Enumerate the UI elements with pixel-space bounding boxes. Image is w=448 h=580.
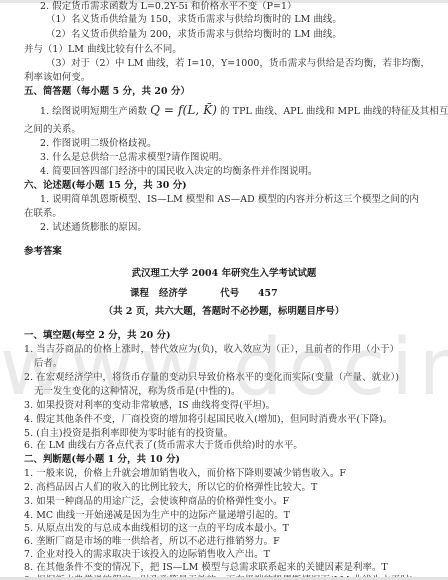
fill-blank-item: 1. 当吉芬商品的价格上涨时，替代效应为(负)，收入效应为（正），且前者的作用（… — [24, 344, 399, 356]
section-5-heading: 五、简答题（每小题 5 分，共 20 分） — [24, 86, 190, 98]
true-false-item: 8. 在其他条件不变的情况下，把 IS—LM 模型与总需求联系起来的关键因素是利… — [24, 562, 388, 574]
section-5-q1-pre: 1. 绘图说明短期生产函数 — [40, 106, 147, 117]
fill-blank-item: 6. 在 LM 曲线右方各点代表了(货币需求大于货币供给)时的水平。 — [24, 440, 303, 452]
true-false-item: 4. MC 曲线一开始递减是因为生产中的边际产量递增引起的。T — [24, 510, 290, 522]
section-5-q4: 4. 简要回答四部门经济中的国民收入决定的均衡条件并作图说明。 — [40, 166, 318, 178]
section-5-q1: 1. 绘图说明短期生产函数 Q = f(L, K̄) 的 TPL 曲线、APL … — [40, 104, 448, 118]
document-page: 2. 假定货币需求函数为 L=0.2Y-5i 和价格水平不变（P=1） （1）名… — [0, 0, 448, 580]
section-5-q2: 2. 作图说明二级价格歧视。 — [40, 138, 156, 150]
question-4-2-intro: 2. 假定货币需求函数为 L=0.2Y-5i 和价格水平不变（P=1） — [40, 1, 297, 13]
answers-section-2-heading: 二、判断题(每小题 1 分，共 10 分) — [24, 454, 180, 466]
production-function-formula: Q = f(L, K̄) — [150, 103, 217, 117]
exam-note: （共 2 页，共六大题，答题时不必抄题，标明题目序号） — [0, 306, 448, 318]
section-6-q1-cont: 在联系。 — [24, 208, 62, 220]
question-4-2-sub1: （1）名义货币供给量为 150，求货币需求与供给均衡时的 LM 曲线。 — [46, 14, 342, 26]
question-4-2-sub2: （2）名义货币供给量为 200，求货币需求与供给均衡时的 LM 曲线。 — [46, 29, 342, 41]
fill-blank-item: 2. 在宏观经济学中，将货币存量的变动只导致价格水平的变化而实际(变量（产量、就… — [24, 372, 399, 384]
exam-title: 武汉理工大学 2004 年研究生入学考试试题 — [0, 268, 448, 280]
section-5-q1-cont: 之间的关系。 — [24, 124, 81, 136]
section-6-q1: 1. 说明简单凯恩斯模型、IS—LM 模型和 AS—AD 模型的内容并分析这三个… — [40, 194, 419, 206]
question-4-2-sub3: （3）对于（2）中 LM 曲线，若 I=10，Y=1000，货币需求与供给是否均… — [46, 58, 430, 70]
fill-blank-item: 3. 如果投资对利率的变动非常敏感，IS 曲线将变得(平坦)。 — [24, 400, 275, 412]
course-label: 课程 — [130, 288, 149, 299]
code-value: 457 — [258, 288, 278, 299]
true-false-item: 6. 垄断厂商是市场的唯一供给者，所以不必进行推销努力。F — [24, 536, 280, 548]
fill-blank-item: 后者。 — [34, 358, 62, 370]
true-false-item: 2. 高档品因占人们的收入的比例比较大，所以它的价格弹性比较大。T — [24, 482, 317, 494]
true-false-item: 1. 一般来说，价格上升就会增加销售收入，而价格下降则要减少销售收入。F — [24, 468, 346, 480]
fill-blank-item: 无一发生变化的这种情况，称为货币是(中性的)。 — [34, 386, 241, 398]
fill-blank-item: 5. (自主)投资是指利率即使为零时能有的投资量。 — [24, 428, 233, 440]
section-5-q1-post: 的 TPL 曲线、APL 曲线和 MPL 曲线的特征及其相互 — [220, 106, 448, 117]
true-false-item: 7. 企业对投入的需求取决于该投入的边际销售收入产出。T — [24, 549, 270, 561]
true-false-item: 3. 如果一种商品的用途广泛，会使该种商品的价格弹性变小。F — [24, 496, 289, 508]
answers-heading: 参考答案 — [24, 246, 62, 258]
section-6-q2: 2. 试述通货膨胀的原因。 — [40, 222, 147, 234]
course-info: 课程 经济学 代号 457 — [130, 288, 278, 300]
question-4-2-sub2-cont: 并与（1）LM 曲线比较有什么不同。 — [24, 44, 182, 56]
code-label: 代号 — [220, 288, 239, 299]
course-value: 经济学 — [159, 288, 187, 299]
question-4-2-sub3-cont: 利率该如何变。 — [24, 72, 90, 84]
section-5-q3: 3. 什么是总供给一总需求模型?请作图说明。 — [40, 152, 228, 164]
section-6-heading: 六、论述题(每小题 15 分，共 30 分) — [24, 180, 187, 192]
answers-section-1-heading: 一、填空题(每空 2 分，共 20 分) — [24, 330, 171, 342]
true-false-item: 5. 从原点出发的与总成本曲线相切的这一点的平均成本最小。T — [24, 523, 289, 535]
fill-blank-item: 4. 假定其他条件不变，厂商投资的增加将引起国民收入(增加)，但同时消费水平(下… — [24, 414, 392, 426]
